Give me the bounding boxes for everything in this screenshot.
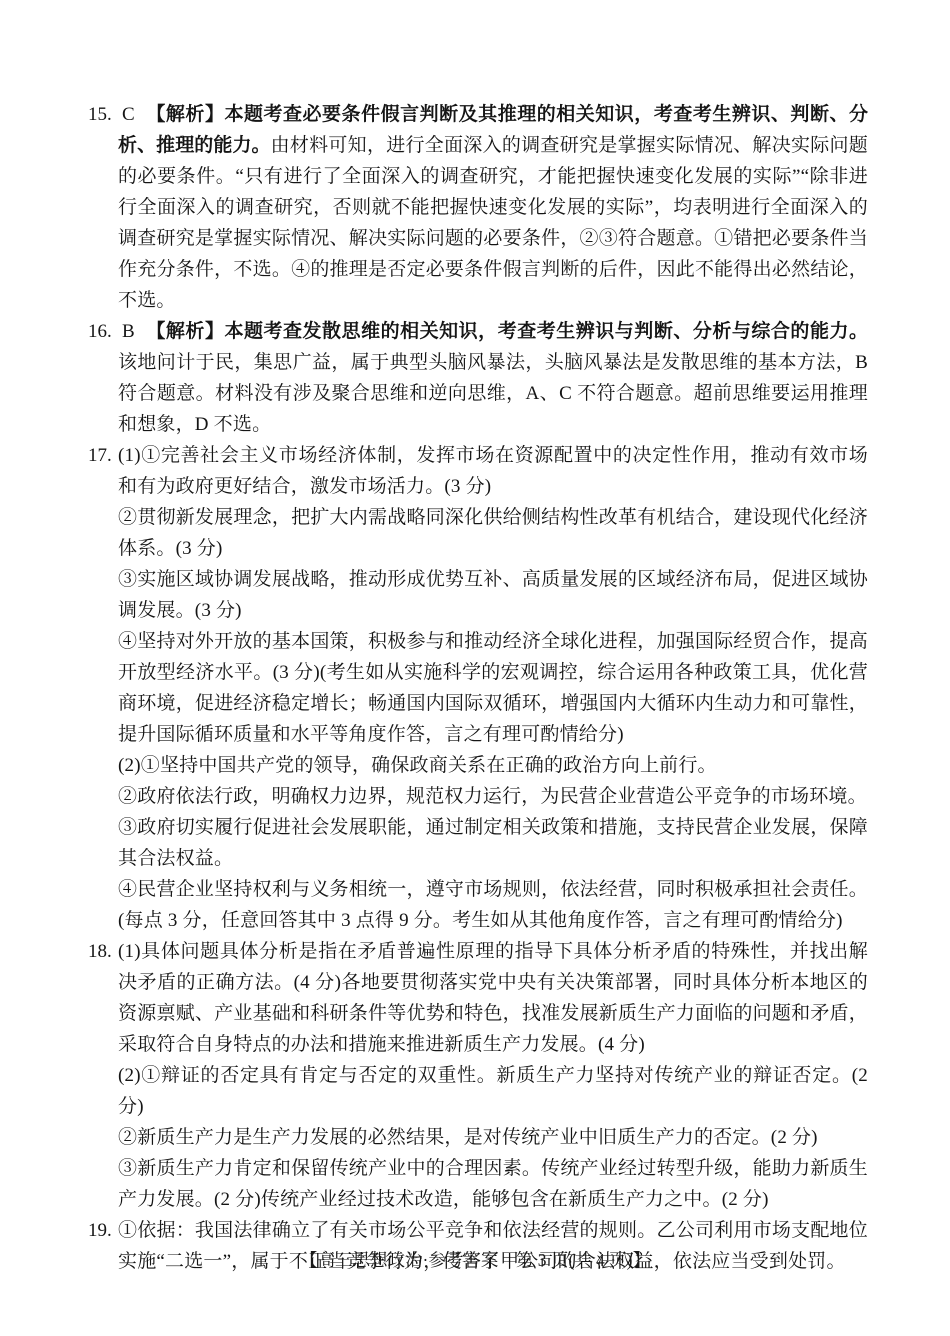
- answer-text: ④坚持对外开放的基本国策，积极参与和推动经济全球化进程，加强国际经贸合作，提高开…: [118, 631, 868, 745]
- answer-sheet-page: 15.C【解析】本题考查必要条件假言判断及其推理的相关知识，考查考生辨识、判断、…: [0, 0, 950, 1336]
- answer-letter: C: [122, 104, 135, 125]
- answer-paragraph: ②贯彻新发展理念，把扩大内需战略同深化供给侧结构性改革有机结合，建设现代化经济体…: [118, 502, 868, 564]
- answer-item: 17.(1)①完善社会主义市场经济体制，发挥市场在资源配置中的决定性作用，推动有…: [88, 440, 868, 936]
- answer-paragraph: B【解析】本题考查发散思维的相关知识，考查考生辨识与判断、分析与综合的能力。该地…: [118, 316, 868, 440]
- footer-text: 【高三思想政治·参考答案 第 3 页(共 4 页)】: [300, 1250, 650, 1270]
- answer-list: 15.C【解析】本题考查必要条件假言判断及其推理的相关知识，考查考生辨识、判断、…: [88, 99, 868, 1277]
- answer-paragraph: ②新质生产力是生产力发展的必然结果，是对传统产业中旧质生产力的否定。(2 分): [118, 1122, 868, 1153]
- analysis-lead: 【解析】本题考查发散思维的相关知识，考查考生辨识与判断、分析与综合的能力。: [146, 321, 868, 342]
- answer-paragraph: ④民营企业坚持权利与义务相统一，遵守市场规则，依法经营，同时积极承担社会责任。(…: [118, 874, 868, 936]
- answer-paragraph: (1)①完善社会主义市场经济体制，发挥市场在资源配置中的决定性作用，推动有效市场…: [118, 440, 868, 502]
- answer-text: (1)具体问题具体分析是指在矛盾普遍性原理的指导下具体分析矛盾的特殊性，并找出解…: [118, 941, 868, 1055]
- answer-text: 由材料可知，进行全面深入的调查研究是掌握实际情况、解决实际问题的必要条件。“只有…: [118, 135, 868, 311]
- page-footer: 【高三思想政治·参考答案 第 3 页(共 4 页)】: [0, 1248, 950, 1272]
- answer-text: ③新质生产力肯定和保留传统产业中的合理因素。传统产业经过转型升级，能助力新质生产…: [118, 1158, 868, 1210]
- answer-text: (2)①辩证的否定具有肯定与否定的双重性。新质生产力坚持对传统产业的辩证否定。(…: [118, 1065, 868, 1117]
- answer-paragraph: (2)①辩证的否定具有肯定与否定的双重性。新质生产力坚持对传统产业的辩证否定。(…: [118, 1060, 868, 1122]
- item-number: 17.: [88, 440, 112, 471]
- answer-text: (1)①完善社会主义市场经济体制，发挥市场在资源配置中的决定性作用，推动有效市场…: [118, 445, 868, 497]
- answer-paragraph: ③政府切实履行促进社会发展职能，通过制定相关政策和措施，支持民营企业发展，保障其…: [118, 812, 868, 874]
- answer-text: ③政府切实履行促进社会发展职能，通过制定相关政策和措施，支持民营企业发展，保障其…: [118, 817, 868, 869]
- answer-text: 该地问计于民，集思广益，属于典型头脑风暴法，头脑风暴法是发散思维的基本方法，B …: [118, 352, 868, 435]
- answer-item: 16.B【解析】本题考查发散思维的相关知识，考查考生辨识与判断、分析与综合的能力…: [88, 316, 868, 440]
- answer-paragraph: C【解析】本题考查必要条件假言判断及其推理的相关知识，考查考生辨识、判断、分析、…: [118, 99, 868, 316]
- item-number: 16.: [88, 316, 112, 347]
- answer-item: 18.(1)具体问题具体分析是指在矛盾普遍性原理的指导下具体分析矛盾的特殊性，并…: [88, 936, 868, 1215]
- answer-text: ②新质生产力是生产力发展的必然结果，是对传统产业中旧质生产力的否定。(2 分): [118, 1127, 818, 1148]
- answer-text: ③实施区域协调发展战略，推动形成优势互补、高质量发展的区域经济布局，促进区域协调…: [118, 569, 868, 621]
- item-number: 18.: [88, 936, 112, 967]
- answer-paragraph: ②政府依法行政，明确权力边界，规范权力运行，为民营企业营造公平竞争的市场环境。: [118, 781, 868, 812]
- answer-text: ④民营企业坚持权利与义务相统一，遵守市场规则，依法经营，同时积极承担社会责任。(…: [118, 879, 868, 931]
- answer-paragraph: ④坚持对外开放的基本国策，积极参与和推动经济全球化进程，加强国际经贸合作，提高开…: [118, 626, 868, 750]
- answer-paragraph: ③新质生产力肯定和保留传统产业中的合理因素。传统产业经过转型升级，能助力新质生产…: [118, 1153, 868, 1215]
- answer-letter: B: [122, 321, 135, 342]
- answer-text: (2)①坚持中国共产党的领导，确保政商关系在正确的政治方向上前行。: [118, 755, 717, 776]
- answer-item: 15.C【解析】本题考查必要条件假言判断及其推理的相关知识，考查考生辨识、判断、…: [88, 99, 868, 316]
- answer-paragraph: (1)具体问题具体分析是指在矛盾普遍性原理的指导下具体分析矛盾的特殊性，并找出解…: [118, 936, 868, 1060]
- answer-paragraph: (2)①坚持中国共产党的领导，确保政商关系在正确的政治方向上前行。: [118, 750, 868, 781]
- item-number: 15.: [88, 99, 112, 130]
- item-number: 19.: [88, 1215, 112, 1246]
- answer-text: ②政府依法行政，明确权力边界，规范权力运行，为民营企业营造公平竞争的市场环境。: [118, 786, 867, 807]
- answer-paragraph: ③实施区域协调发展战略，推动形成优势互补、高质量发展的区域经济布局，促进区域协调…: [118, 564, 868, 626]
- answer-text: ②贯彻新发展理念，把扩大内需战略同深化供给侧结构性改革有机结合，建设现代化经济体…: [118, 507, 868, 559]
